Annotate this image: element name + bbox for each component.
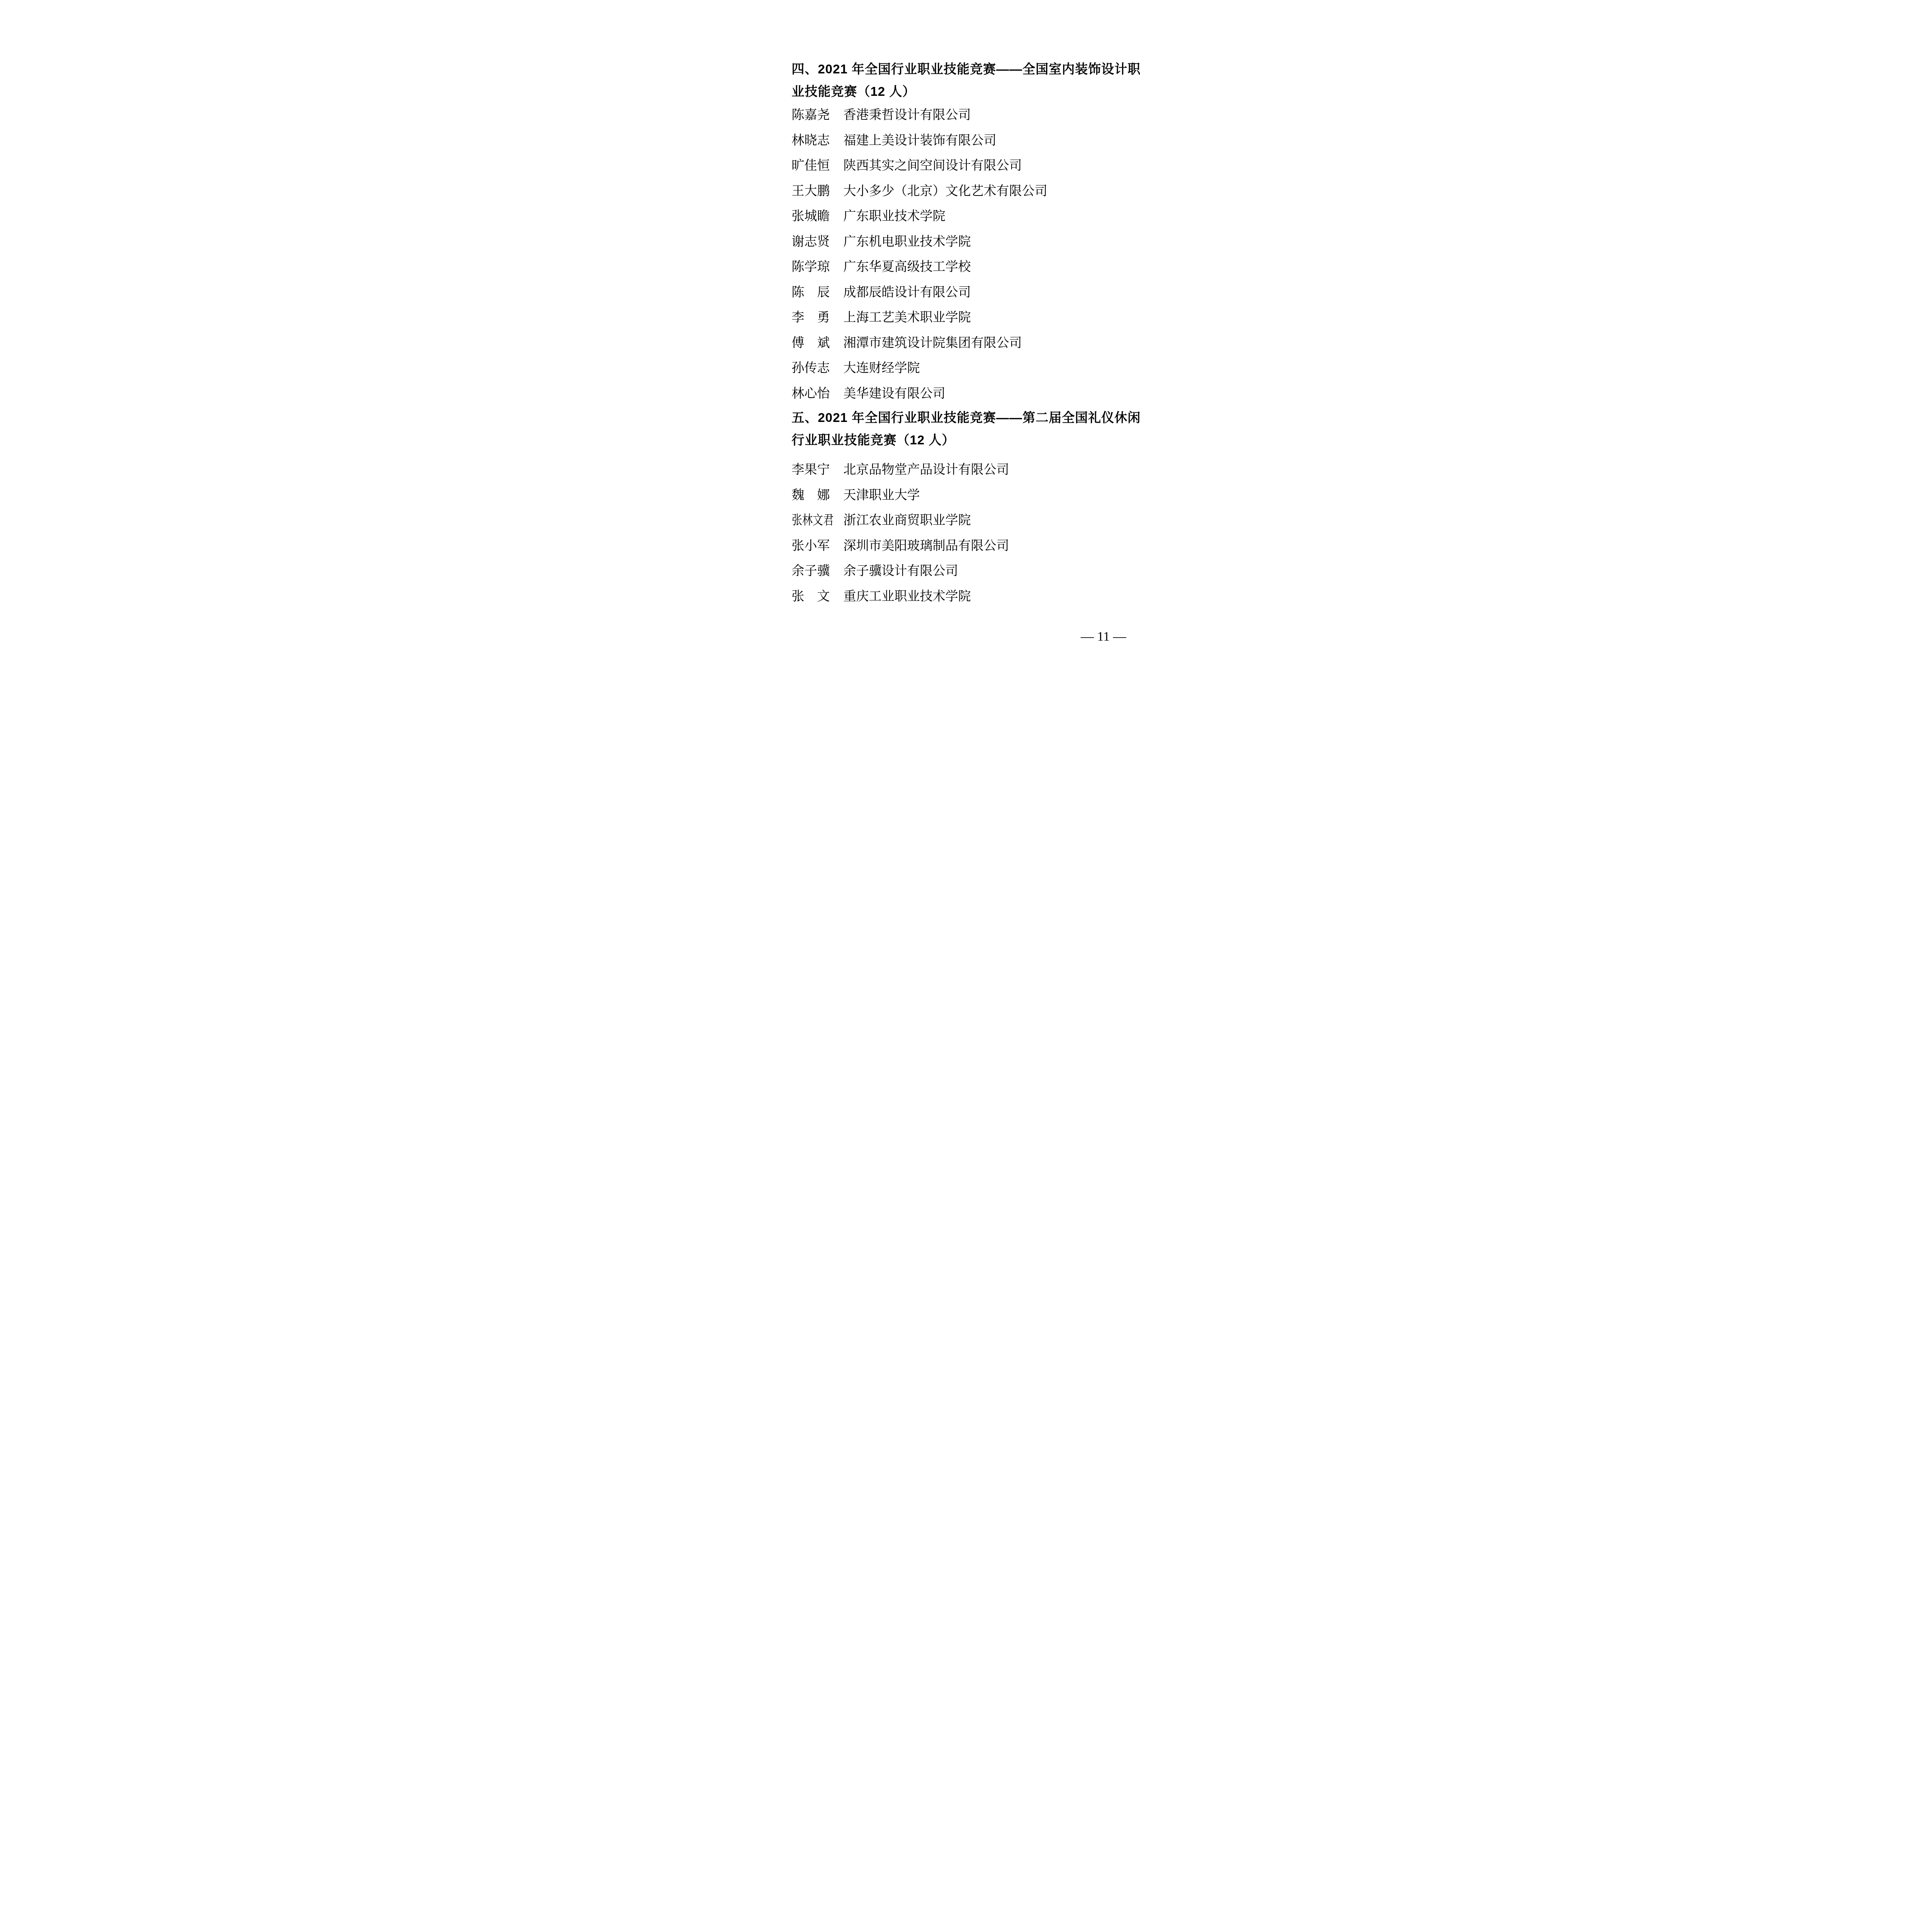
winner-organization: 陕西其实之间空间设计有限公司 bbox=[844, 153, 1022, 179]
winner-name: 谢志贤 bbox=[792, 230, 830, 255]
table-row: 张林文君 浙江农业商贸职业学院 bbox=[792, 508, 1140, 534]
award-section: 五、2021 年全国行业职业技能竞赛——第二届全国礼仪休闲 行业职业技能竞赛（1… bbox=[792, 406, 1140, 609]
winner-name: 林心怡 bbox=[792, 381, 830, 407]
table-row: 旷佳恒 陕西其实之间空间设计有限公司 bbox=[792, 153, 1140, 179]
table-row: 陈 辰 成都辰皓设计有限公司 bbox=[792, 280, 1140, 306]
section-heading-line: 五、2021 年全国行业职业技能竞赛——第二届全国礼仪休闲 bbox=[792, 406, 1140, 429]
section-entries: 李果宁 北京品物堂产品设计有限公司 魏 娜 天津职业大学 张林文君 浙江农业商贸… bbox=[792, 457, 1140, 609]
table-row: 余子骥 余子骥设计有限公司 bbox=[792, 559, 1140, 584]
winner-name: 张城瞻 bbox=[792, 204, 830, 230]
table-row: 李果宁 北京品物堂产品设计有限公司 bbox=[792, 457, 1140, 483]
winner-name: 李 勇 bbox=[792, 305, 830, 331]
award-section: 四、2021 年全国行业职业技能竞赛——全国室内装饰设计职 业技能竞赛（12 人… bbox=[792, 58, 1140, 406]
winner-name: 张林文君 bbox=[792, 508, 834, 534]
winner-name: 陈学琼 bbox=[792, 255, 830, 280]
winner-organization: 余子骥设计有限公司 bbox=[844, 559, 958, 584]
table-row: 孙传志 大连财经学院 bbox=[792, 356, 1140, 381]
winner-organization: 成都辰皓设计有限公司 bbox=[844, 280, 971, 306]
table-row: 谢志贤 广东机电职业技术学院 bbox=[792, 230, 1140, 255]
table-row: 林晓志 福建上美设计装饰有限公司 bbox=[792, 128, 1140, 154]
table-row: 陈学琼 广东华夏高级技工学校 bbox=[792, 255, 1140, 280]
winner-name: 陈嘉尧 bbox=[792, 103, 830, 128]
table-row: 陈嘉尧 香港秉哲设计有限公司 bbox=[792, 103, 1140, 128]
page-content: 四、2021 年全国行业职业技能竞赛——全国室内装饰设计职 业技能竞赛（12 人… bbox=[792, 58, 1140, 609]
table-row: 林心怡 美华建设有限公司 bbox=[792, 381, 1140, 407]
section-heading-line: 业技能竞赛（12 人） bbox=[792, 80, 1140, 103]
section-heading: 四、2021 年全国行业职业技能竞赛——全国室内装饰设计职 业技能竞赛（12 人… bbox=[792, 58, 1140, 103]
section-heading-line: 行业职业技能竞赛（12 人） bbox=[792, 429, 1140, 451]
winner-organization: 广东职业技术学院 bbox=[844, 204, 946, 230]
winner-organization: 美华建设有限公司 bbox=[844, 381, 946, 407]
table-row: 魏 娜 天津职业大学 bbox=[792, 483, 1140, 509]
table-row: 张小军 深圳市美阳玻璃制品有限公司 bbox=[792, 534, 1140, 559]
winner-name: 余子骥 bbox=[792, 559, 830, 584]
section-heading-line: 四、2021 年全国行业职业技能竞赛——全国室内装饰设计职 bbox=[792, 58, 1140, 80]
page-number: — 11 — bbox=[1081, 629, 1126, 645]
winner-name: 孙传志 bbox=[792, 356, 830, 381]
table-row: 李 勇 上海工艺美术职业学院 bbox=[792, 305, 1140, 331]
winner-organization: 大小多少（北京）文化艺术有限公司 bbox=[844, 179, 1048, 204]
winner-name: 张 文 bbox=[792, 584, 830, 610]
table-row: 张城瞻 广东职业技术学院 bbox=[792, 204, 1140, 230]
winner-name: 陈 辰 bbox=[792, 280, 830, 306]
table-row: 王大鹏 大小多少（北京）文化艺术有限公司 bbox=[792, 179, 1140, 204]
winner-name: 张小军 bbox=[792, 534, 830, 559]
winner-organization: 香港秉哲设计有限公司 bbox=[844, 103, 971, 128]
winner-organization: 福建上美设计装饰有限公司 bbox=[844, 128, 997, 154]
winner-organization: 北京品物堂产品设计有限公司 bbox=[844, 457, 1009, 483]
winner-organization: 广东华夏高级技工学校 bbox=[844, 255, 971, 280]
winner-organization: 上海工艺美术职业学院 bbox=[844, 305, 971, 331]
winner-name: 旷佳恒 bbox=[792, 153, 830, 179]
section-heading: 五、2021 年全国行业职业技能竞赛——第二届全国礼仪休闲 行业职业技能竞赛（1… bbox=[792, 406, 1140, 451]
winner-name: 王大鹏 bbox=[792, 179, 830, 204]
table-row: 张 文 重庆工业职业技术学院 bbox=[792, 584, 1140, 610]
winner-organization: 重庆工业职业技术学院 bbox=[844, 584, 971, 610]
winner-name: 魏 娜 bbox=[792, 483, 830, 509]
document-page: 四、2021 年全国行业职业技能竞赛——全国室内装饰设计职 业技能竞赛（12 人… bbox=[719, 0, 1198, 678]
winner-organization: 浙江农业商贸职业学院 bbox=[844, 508, 971, 534]
table-row: 傅 斌 湘潭市建筑设计院集团有限公司 bbox=[792, 331, 1140, 356]
winner-name: 李果宁 bbox=[792, 457, 830, 483]
winner-organization: 湘潭市建筑设计院集团有限公司 bbox=[844, 331, 1022, 356]
winner-organization: 深圳市美阳玻璃制品有限公司 bbox=[844, 534, 1009, 559]
winner-name: 傅 斌 bbox=[792, 331, 830, 356]
section-entries: 陈嘉尧 香港秉哲设计有限公司 林晓志 福建上美设计装饰有限公司 旷佳恒 陕西其实… bbox=[792, 103, 1140, 406]
winner-organization: 广东机电职业技术学院 bbox=[844, 230, 971, 255]
winner-organization: 天津职业大学 bbox=[844, 483, 920, 509]
winner-name: 林晓志 bbox=[792, 128, 830, 154]
winner-organization: 大连财经学院 bbox=[844, 356, 920, 381]
